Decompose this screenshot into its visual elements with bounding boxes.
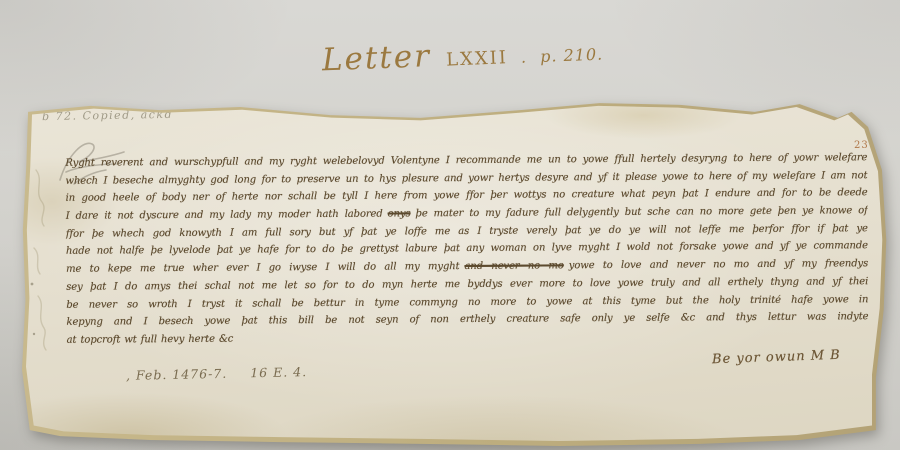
heading-page-ref: p. 210. xyxy=(540,45,604,66)
struck-text: onys xyxy=(388,208,411,219)
heading-numeral: LXXII xyxy=(446,47,509,70)
date-annotation: , Feb. 1476-7. 16 E. 4. xyxy=(126,364,307,383)
manuscript-text: Ryght reverent and wurschypfull and my r… xyxy=(65,152,868,352)
letter-paper: b 72. Copied, ackd 23 xyxy=(22,95,888,447)
heading-script-word: Letter xyxy=(321,38,431,78)
folio-number: 23 xyxy=(854,140,869,151)
manuscript-photograph: Letter LXXII . p. 210. b 72. Copied, ack… xyxy=(0,0,900,450)
bleedthrough-marks xyxy=(28,164,64,364)
heading-sep: . xyxy=(521,47,528,66)
signature: Be yor owun M B xyxy=(712,348,841,367)
struck-text: and never no mo xyxy=(464,260,563,272)
letter-heading: Letter LXXII . p. 210. xyxy=(321,30,653,89)
date-text: , Feb. 1476-7. xyxy=(126,366,228,383)
paper-surface: b 72. Copied, ackd 23 xyxy=(26,98,884,442)
regnal-year: 16 E. 4. xyxy=(250,364,307,380)
